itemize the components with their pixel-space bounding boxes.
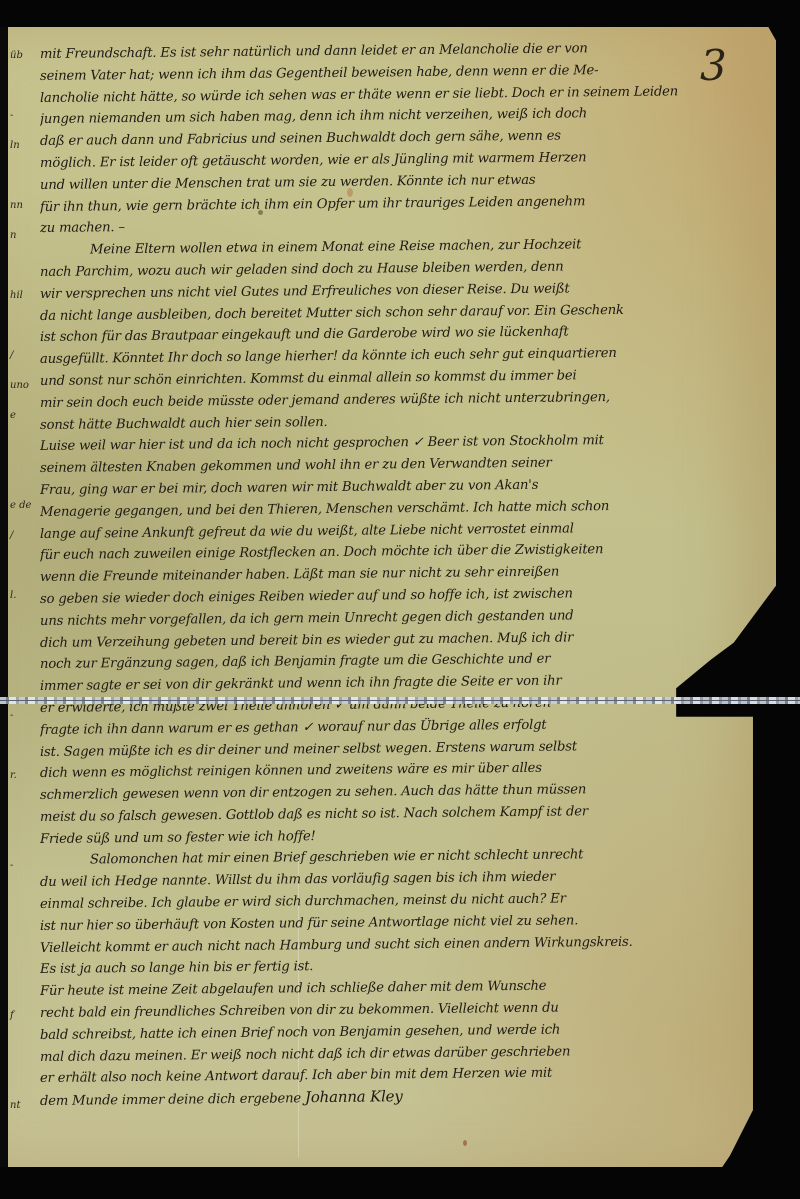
- scan-left-edge: [0, 27, 8, 1167]
- margin-mark: /: [10, 350, 13, 361]
- signature: Johanna Kley: [305, 1087, 403, 1106]
- margin-mark: r.: [10, 770, 17, 781]
- margin-mark: /: [10, 530, 13, 541]
- margin-mark: hil: [10, 290, 23, 301]
- stain-spot: [463, 1140, 467, 1146]
- scan-artifact-band: [0, 697, 800, 704]
- margin-mark: nt: [10, 1100, 20, 1111]
- margin-mark: n: [10, 230, 16, 241]
- margin-mark: nn: [10, 200, 23, 211]
- margin-mark: üb: [10, 50, 23, 61]
- margin-mark: -: [10, 110, 13, 121]
- page-number: 3: [700, 45, 727, 87]
- letter-body: mit Freundschaft. Es ist sehr natürlich …: [40, 44, 695, 1113]
- margin-mark: e de: [10, 500, 31, 511]
- margin-mark: f: [10, 1010, 14, 1021]
- margin-mark: uno: [10, 380, 29, 391]
- margin-mark: l.: [10, 590, 16, 601]
- margin-mark: -: [10, 710, 13, 721]
- margin-mark: e: [10, 410, 16, 421]
- margin-mark: -: [10, 860, 13, 871]
- closing-text: dem Munde immer deine dich ergebene: [40, 1091, 305, 1109]
- left-margin-marks: üb-lnnnnhil/unoee de/l.-r.-fnt: [10, 50, 32, 1150]
- margin-mark: ln: [10, 140, 20, 151]
